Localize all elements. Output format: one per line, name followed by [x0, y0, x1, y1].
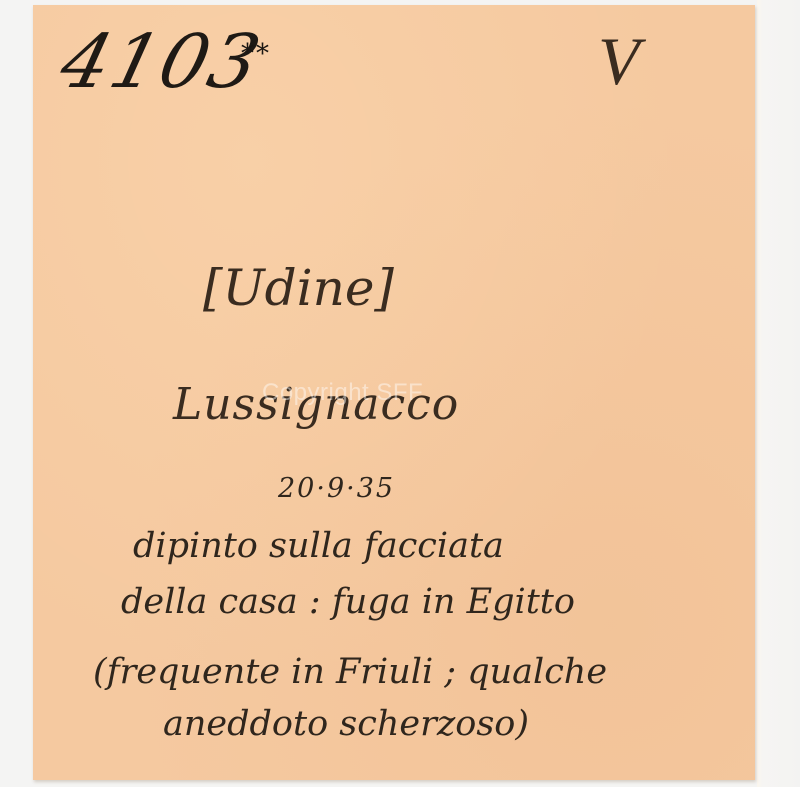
copyright-watermark: Copyright SFF: [262, 379, 423, 407]
star-marks-icon: **: [241, 41, 271, 67]
catalog-number: 4103: [54, 25, 269, 99]
backdrop: [757, 0, 800, 787]
place-heading: [Udine]: [203, 263, 394, 313]
classification-letter: V: [598, 27, 640, 95]
record-date: 20·9·35: [278, 475, 395, 502]
note-line: della casa : fuga in Egitto: [121, 585, 575, 620]
note-line: aneddoto scherzoso): [163, 707, 529, 742]
note-line: dipinto sulla facciata: [133, 529, 504, 564]
note-line: (frequente in Friuli ; qualche: [93, 655, 607, 690]
